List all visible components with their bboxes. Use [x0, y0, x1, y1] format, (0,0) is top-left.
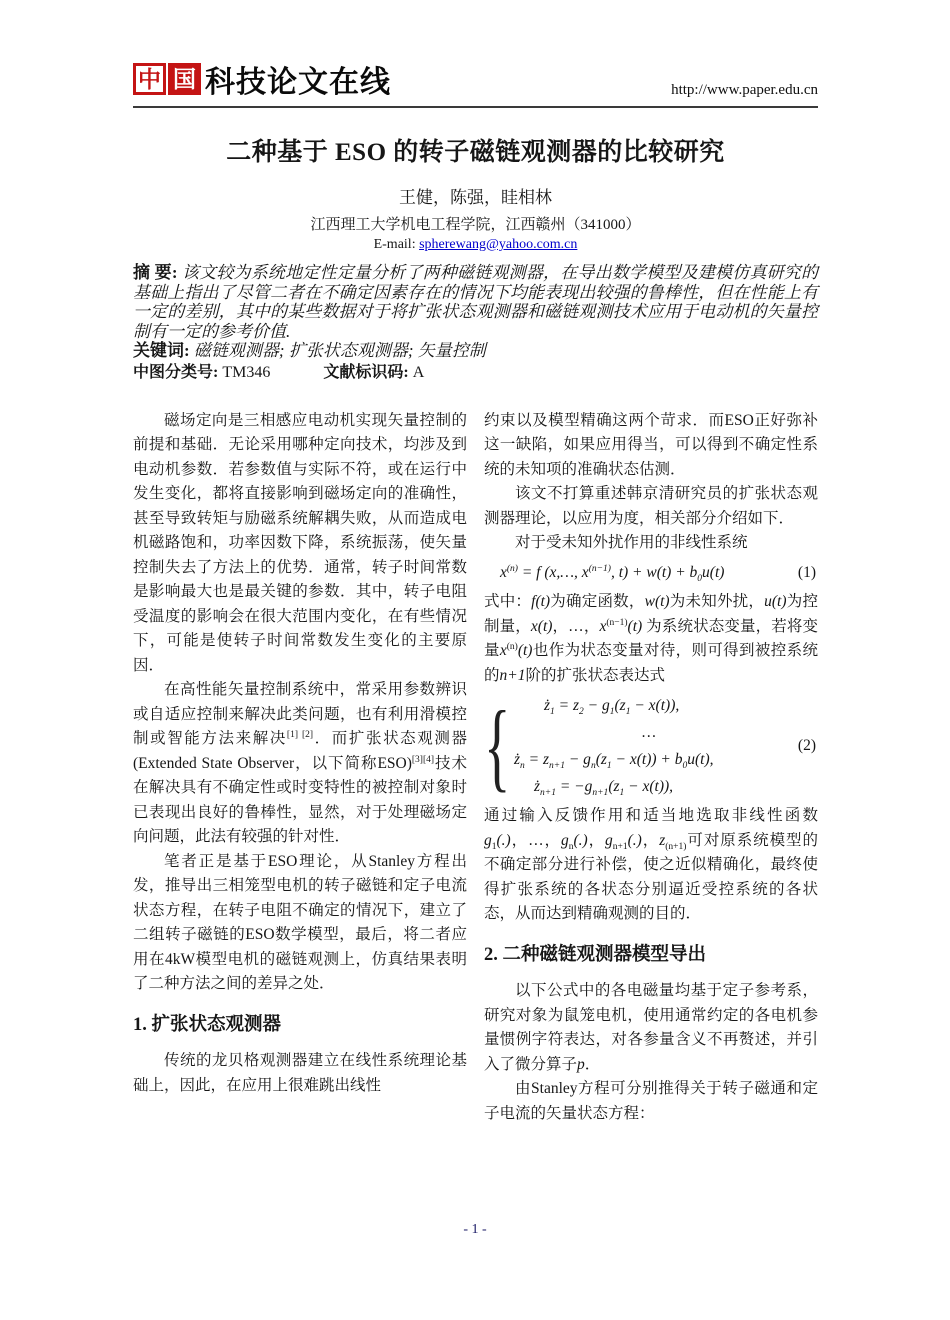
abstract: 摘 要: 该文较为系统地定性定量分析了两种磁链观测器，在导出数学模型及建模仿真研… — [133, 263, 818, 341]
logo-wordmark: 科技论文在线 — [205, 57, 391, 101]
page-content: 中 国 科技论文在线 http://www.paper.edu.cn 二种基于 … — [0, 0, 950, 1126]
email-link[interactable]: spherewang@yahoo.com.cn — [419, 237, 577, 252]
paper-title: 二种基于 ESO 的转子磁链观测器的比较研究 — [133, 132, 818, 168]
section-heading-2: 2. 二种磁链观测器模型导出 — [484, 943, 818, 968]
right-column: 约束以及模型精确这两个苛求．而ESO正好弥补这一缺陷，如果应用得当，可以得到不确… — [484, 409, 818, 1127]
equation-2-line: żn+1 = −gn+1(z1 − x(t)), — [514, 773, 784, 800]
body-paragraph: 笔者正是基于ESO理论，从Stanley方程出发，推导出三相笼型电机的转子磁链和… — [133, 850, 467, 997]
keywords-text: 磁链观测器; 扩张状态观测器; 矢量控制 — [190, 341, 486, 360]
logo-guo-glyph: 国 — [168, 63, 201, 95]
body-paragraph: 在高性能矢量控制系统中，常采用参数辨识或自适应控制来解决此类问题，也有利用滑模控… — [133, 678, 467, 850]
body-paragraph: 该文不打算重述韩京清研究员的扩张状态观测器理论，以应用为度，相关部分介绍如下． — [484, 482, 818, 531]
body-paragraph: 由Stanley方程可分别推得关于转子磁通和定子电流的矢量状态方程： — [484, 1077, 818, 1126]
doc-code-label: 文献标识码: — [323, 364, 408, 381]
body-paragraph: 对于受未知外扰作用的非线性系统 — [484, 531, 818, 556]
body-paragraph: 式中：f(t)为确定函数，w(t)为未知外扰，u(t)为控制量，x(t)，…，x… — [484, 590, 818, 688]
equation-2-lines: ż1 = z2 − g1(z1 − x(t)), … żn = zn+1 − g… — [514, 692, 784, 800]
equation-1-body: x(n) = f (x,…, x(n−1), t) + w(t) + b0u(t… — [484, 561, 724, 586]
equation-2-number: (2) — [798, 734, 816, 759]
body-paragraph: 通过输入反馈作用和适当地选取非线性函数g1(.)，…，gn(.)，gn+1(.)… — [484, 804, 818, 927]
body-paragraph: 传统的龙贝格观测器建立在线性系统理论基础上，因此，在应用上很难跳出线性 — [133, 1049, 467, 1098]
logo-zhong-glyph: 中 — [133, 63, 166, 95]
abstract-text: 该文较为系统地定性定量分析了两种磁链观测器，在导出数学模型及建模仿真研究的基础上… — [133, 263, 818, 341]
body-paragraph: 以下公式中的各电磁量均基于定子参考系，研究对象为鼠笼电机，使用通常约定的各电机参… — [484, 979, 818, 1077]
email-label: E-mail: — [374, 237, 420, 252]
body-paragraph: 约束以及模型精确这两个苛求．而ESO正好弥补这一缺陷，如果应用得当，可以得到不确… — [484, 409, 818, 483]
equation-1-number: (1) — [798, 561, 816, 586]
affiliation: 江西理工大学机电工程学院，江西赣州（341000） — [133, 213, 818, 234]
classification-line: 中图分类号: TM346 文献标识码: A — [133, 363, 818, 383]
keywords-line: 关键词: 磁链观测器; 扩张状态观测器; 矢量控制 — [133, 341, 818, 361]
equation-2-line: … — [514, 719, 784, 746]
body-paragraph: 磁场定向是三相感应电动机实现矢量控制的前提和基础．无论采用哪种定向技术，均涉及到… — [133, 409, 467, 679]
email-line: E-mail: spherewang@yahoo.com.cn — [133, 237, 818, 253]
curly-brace: { — [484, 701, 501, 791]
section-heading-1: 1. 扩张状态观测器 — [133, 1013, 467, 1038]
equation-2: { ż1 = z2 − g1(z1 − x(t)), … żn = zn+1 −… — [484, 692, 818, 800]
authors: 王健，陈强，眭相林 — [133, 183, 818, 208]
paper-page: 中 国 科技论文在线 http://www.paper.edu.cn 二种基于 … — [0, 0, 950, 1320]
body-columns: 磁场定向是三相感应电动机实现矢量控制的前提和基础．无论采用哪种定向技术，均涉及到… — [133, 409, 818, 1127]
equation-2-line: ż1 = z2 − g1(z1 − x(t)), — [514, 692, 784, 719]
paper-edu-logo: 中 国 科技论文在线 — [133, 57, 391, 101]
doc-code-value: A — [413, 364, 425, 381]
clc-label: 中图分类号: — [133, 364, 218, 381]
site-header: 中 国 科技论文在线 http://www.paper.edu.cn — [133, 57, 818, 108]
equation-2-line: żn = zn+1 − gn(z1 − x(t)) + b0u(t), — [514, 746, 784, 773]
clc-value: TM346 — [222, 364, 270, 381]
left-column: 磁场定向是三相感应电动机实现矢量控制的前提和基础．无论采用哪种定向技术，均涉及到… — [133, 409, 467, 1127]
keywords-label: 关键词: — [133, 341, 190, 360]
abstract-label: 摘 要: — [133, 263, 178, 282]
site-url: http://www.paper.edu.cn — [671, 82, 818, 101]
equation-1: x(n) = f (x,…, x(n−1), t) + w(t) + b0u(t… — [484, 561, 818, 586]
page-number: - 1 - — [0, 1222, 950, 1238]
